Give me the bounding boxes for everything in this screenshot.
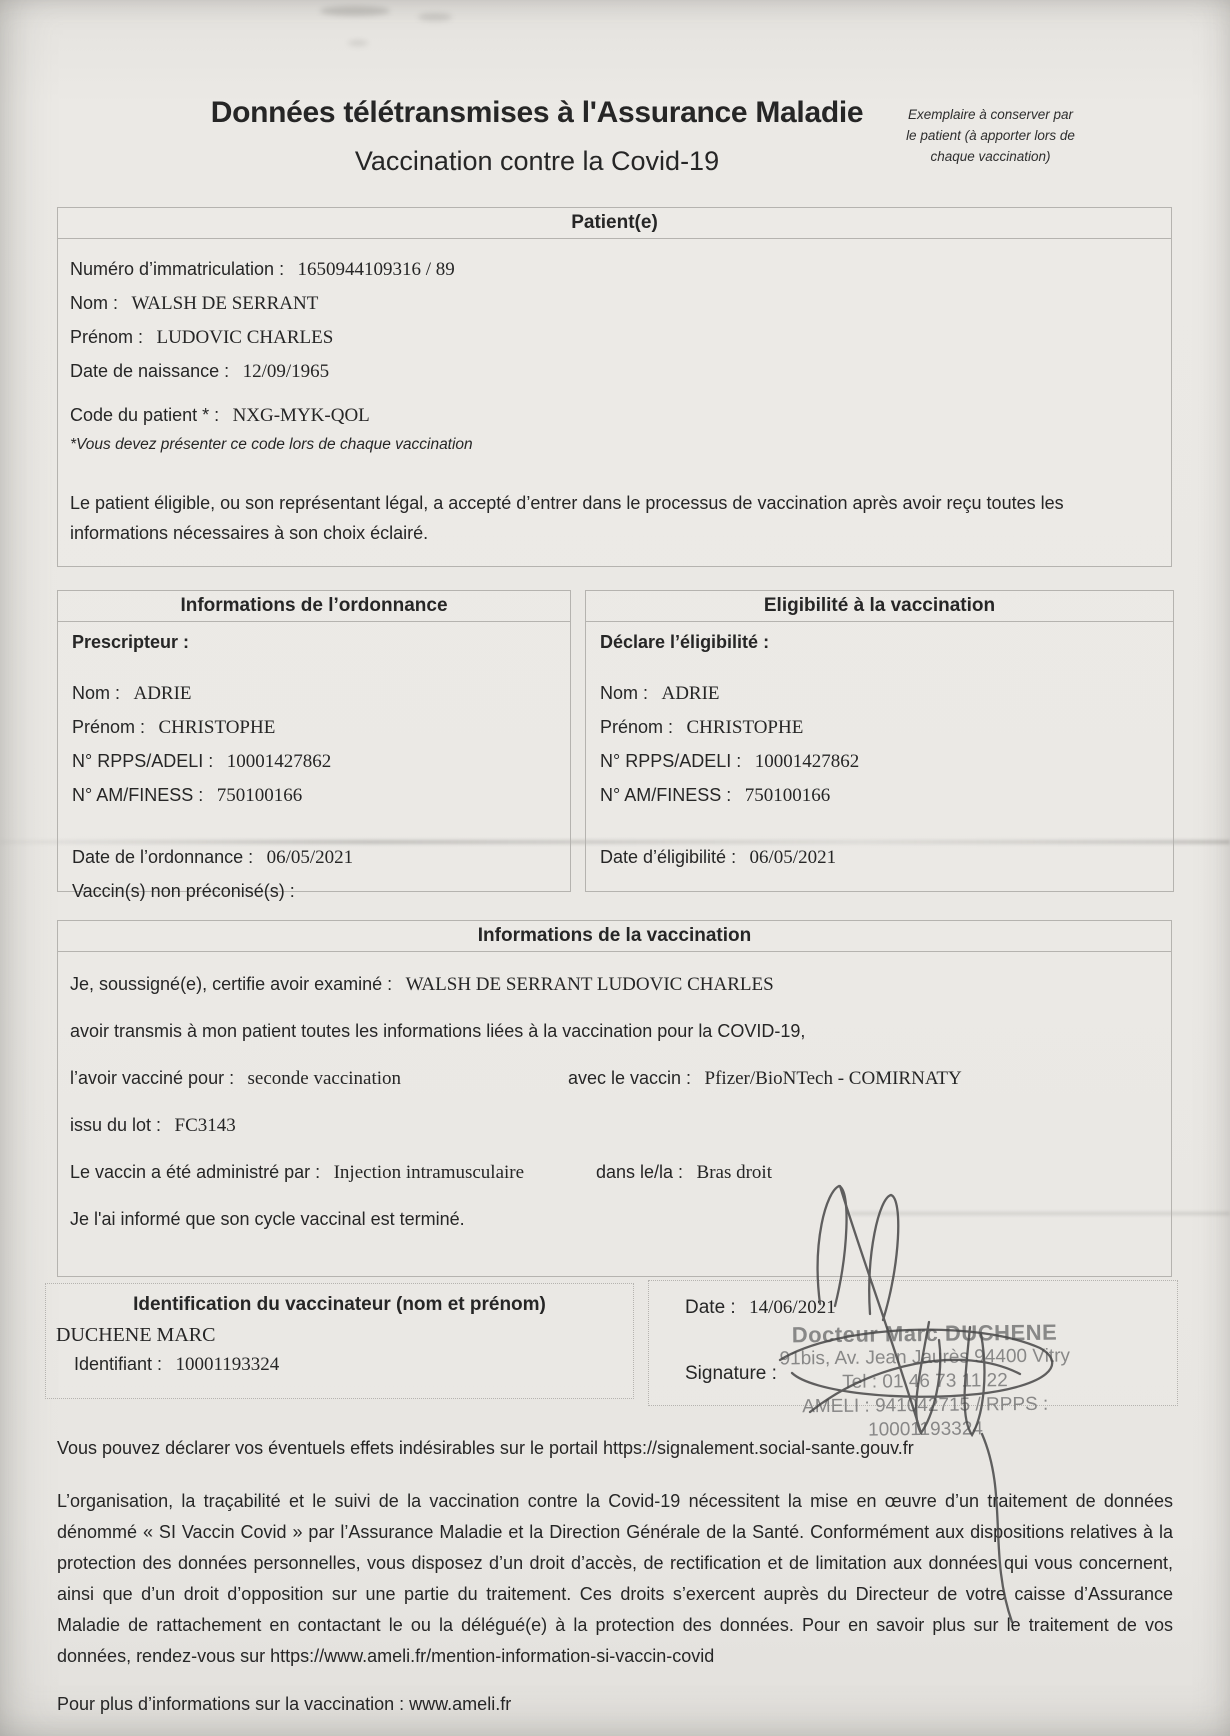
- field-value: Pfizer/BioNTech - COMIRNATY: [705, 1068, 962, 1089]
- field-value: 1650944109316 / 89: [298, 259, 455, 280]
- ordonnance-section-title: Informations de l’ordonnance: [58, 591, 570, 622]
- patient-field-row: Nom : WALSH DE SERRANT: [70, 287, 1159, 321]
- prescriber-label: Prescripteur :: [72, 632, 556, 653]
- vaccination-section-title: Informations de la vaccination: [58, 921, 1171, 952]
- field-value: WALSH DE SERRANT LUDOVIC CHARLES: [406, 974, 774, 995]
- vaccinator-id-row: Identifiant : 10001193324: [74, 1354, 633, 1376]
- field-row: Prénom : CHRISTOPHE: [600, 711, 1159, 745]
- field-row: N° AM/FINESS : 750100166: [72, 779, 556, 813]
- field-value: 12/09/1965: [243, 361, 330, 382]
- scan-smudge: [348, 40, 368, 46]
- field-label: Je, soussigné(e), certifie avoir examiné…: [70, 974, 392, 994]
- patient-field-row: Numéro d’immatriculation : 1650944109316…: [70, 253, 1159, 287]
- field-label: N° RPPS/ADELI :: [600, 751, 741, 771]
- with-vaccine-group: avec le vaccin : Pfizer/BioNTech - COMIR…: [568, 1066, 962, 1092]
- patient-fields: Numéro d’immatriculation : 1650944109316…: [58, 239, 1171, 548]
- ordonnance-date-row: Date de l’ordonnance : 06/05/2021: [72, 841, 556, 875]
- field-value: 10001427862: [755, 751, 860, 772]
- field-row: Nom : ADRIE: [600, 677, 1159, 711]
- field-row: N° RPPS/ADELI : 10001427862: [600, 745, 1159, 779]
- field-value: CHRISTOPHE: [686, 717, 803, 738]
- field-label: issu du lot :: [70, 1115, 161, 1135]
- field-label: dans le/la :: [596, 1162, 683, 1182]
- field-value: ADRIE: [661, 683, 719, 704]
- document-subtitle: Vaccination contre la Covid-19: [57, 146, 1017, 177]
- field-label: l’avoir vacciné pour :: [70, 1068, 234, 1088]
- statement-text: Je l'ai informé que son cycle vaccinal e…: [70, 1209, 465, 1229]
- scan-smudge: [418, 13, 452, 21]
- more-info-note: Pour plus d’informations sur la vaccinat…: [57, 1694, 957, 1715]
- field-row: N° RPPS/ADELI : 10001427862: [72, 745, 556, 779]
- field-label: Date de naissance :: [70, 361, 229, 381]
- document-header: Données télétransmises à l'Assurance Mal…: [57, 96, 1017, 177]
- lot-row: issu du lot : FC3143: [70, 1113, 1159, 1137]
- field-value: seconde vaccination: [248, 1068, 402, 1089]
- field-value: 06/05/2021: [267, 847, 354, 868]
- field-value: WALSH DE SERRANT: [131, 293, 318, 314]
- field-label: Prénom :: [72, 717, 145, 737]
- eligibility-date-row: Date d’éligibilité : 06/05/2021: [600, 841, 1159, 875]
- field-value: 750100166: [745, 785, 831, 806]
- vaccinator-name: DUCHENE MARC: [56, 1324, 633, 1347]
- eligibility-section-title: Eligibilité à la vaccination: [586, 591, 1173, 622]
- field-label: N° RPPS/ADELI :: [72, 751, 213, 771]
- field-value: 10001427862: [227, 751, 332, 772]
- field-value: CHRISTOPHE: [158, 717, 275, 738]
- not-recommended-row: Vaccin(s) non préconisé(s) :: [72, 875, 556, 909]
- field-value: LUDOVIC CHARLES: [156, 327, 333, 348]
- statement-text: avoir transmis à mon patient toutes les …: [70, 1021, 805, 1041]
- patient-code-row: Code du patient * : NXG-MYK-QOL: [70, 399, 1159, 433]
- scanned-document-page: Données télétransmises à l'Assurance Mal…: [0, 0, 1230, 1736]
- field-label: Nom :: [600, 683, 648, 703]
- field-value: 10001193324: [176, 1354, 280, 1375]
- keep-copy-note: Exemplaire à conserver par le patient (à…: [903, 104, 1078, 167]
- field-value: ADRIE: [133, 683, 191, 704]
- field-value: NXG-MYK-QOL: [233, 405, 370, 426]
- transmitted-row: avoir transmis à mon patient toutes les …: [70, 1019, 1159, 1043]
- field-label: Nom :: [70, 293, 118, 313]
- patient-field-row: Prénom : LUDOVIC CHARLES: [70, 321, 1159, 355]
- field-label: Date d’éligibilité :: [600, 847, 736, 867]
- field-label: Nom :: [72, 683, 120, 703]
- vaccinated-for-row: l’avoir vacciné pour : seconde vaccinati…: [70, 1066, 1159, 1090]
- field-value: FC3143: [175, 1115, 236, 1136]
- field-label: Prénom :: [70, 327, 143, 347]
- scan-smudge: [320, 6, 390, 16]
- field-label: avec le vaccin :: [568, 1068, 691, 1088]
- document-title: Données télétransmises à l'Assurance Mal…: [57, 96, 1017, 130]
- field-label: Code du patient * :: [70, 405, 219, 425]
- field-value: Injection intramusculaire: [334, 1162, 524, 1183]
- vaccinator-section: Identification du vaccinateur (nom et pr…: [45, 1283, 634, 1399]
- field-label: Identifiant :: [74, 1354, 162, 1374]
- field-label: Date de l’ordonnance :: [72, 847, 253, 867]
- examined-row: Je, soussigné(e), certifie avoir examiné…: [70, 972, 1159, 996]
- field-row: N° AM/FINESS : 750100166: [600, 779, 1159, 813]
- eligibility-fields: Déclare l’éligibilité : Nom : ADRIE Prén…: [586, 622, 1173, 875]
- field-value: 750100166: [217, 785, 303, 806]
- field-label: N° AM/FINESS :: [600, 785, 731, 805]
- field-label: Vaccin(s) non préconisé(s) :: [72, 881, 295, 901]
- field-label: Le vaccin a été administré par :: [70, 1162, 320, 1182]
- field-row: Nom : ADRIE: [72, 677, 556, 711]
- patient-field-row: Date de naissance : 12/09/1965: [70, 355, 1159, 389]
- patient-section-title: Patient(e): [58, 208, 1171, 239]
- vaccinator-section-title: Identification du vaccinateur (nom et pr…: [46, 1294, 633, 1316]
- field-label: Numéro d’immatriculation :: [70, 259, 284, 279]
- field-label: N° AM/FINESS :: [72, 785, 203, 805]
- field-value: 06/05/2021: [750, 847, 837, 868]
- handwritten-signature: [720, 1172, 1120, 1632]
- declares-eligibility-label: Déclare l’éligibilité :: [600, 632, 1159, 653]
- field-label: Prénom :: [600, 717, 673, 737]
- field-row: Prénom : CHRISTOPHE: [72, 711, 556, 745]
- patient-section: Patient(e) Numéro d’immatriculation : 16…: [57, 207, 1172, 567]
- patient-consent-text: Le patient éligible, ou son représentant…: [70, 488, 1140, 548]
- ordonnance-section: Informations de l’ordonnance Prescripteu…: [57, 590, 571, 892]
- ordonnance-fields: Prescripteur : Nom : ADRIE Prénom : CHRI…: [58, 622, 570, 909]
- patient-code-note: *Vous devez présenter ce code lors de ch…: [70, 436, 1159, 454]
- eligibility-section: Eligibilité à la vaccination Déclare l’é…: [585, 590, 1174, 892]
